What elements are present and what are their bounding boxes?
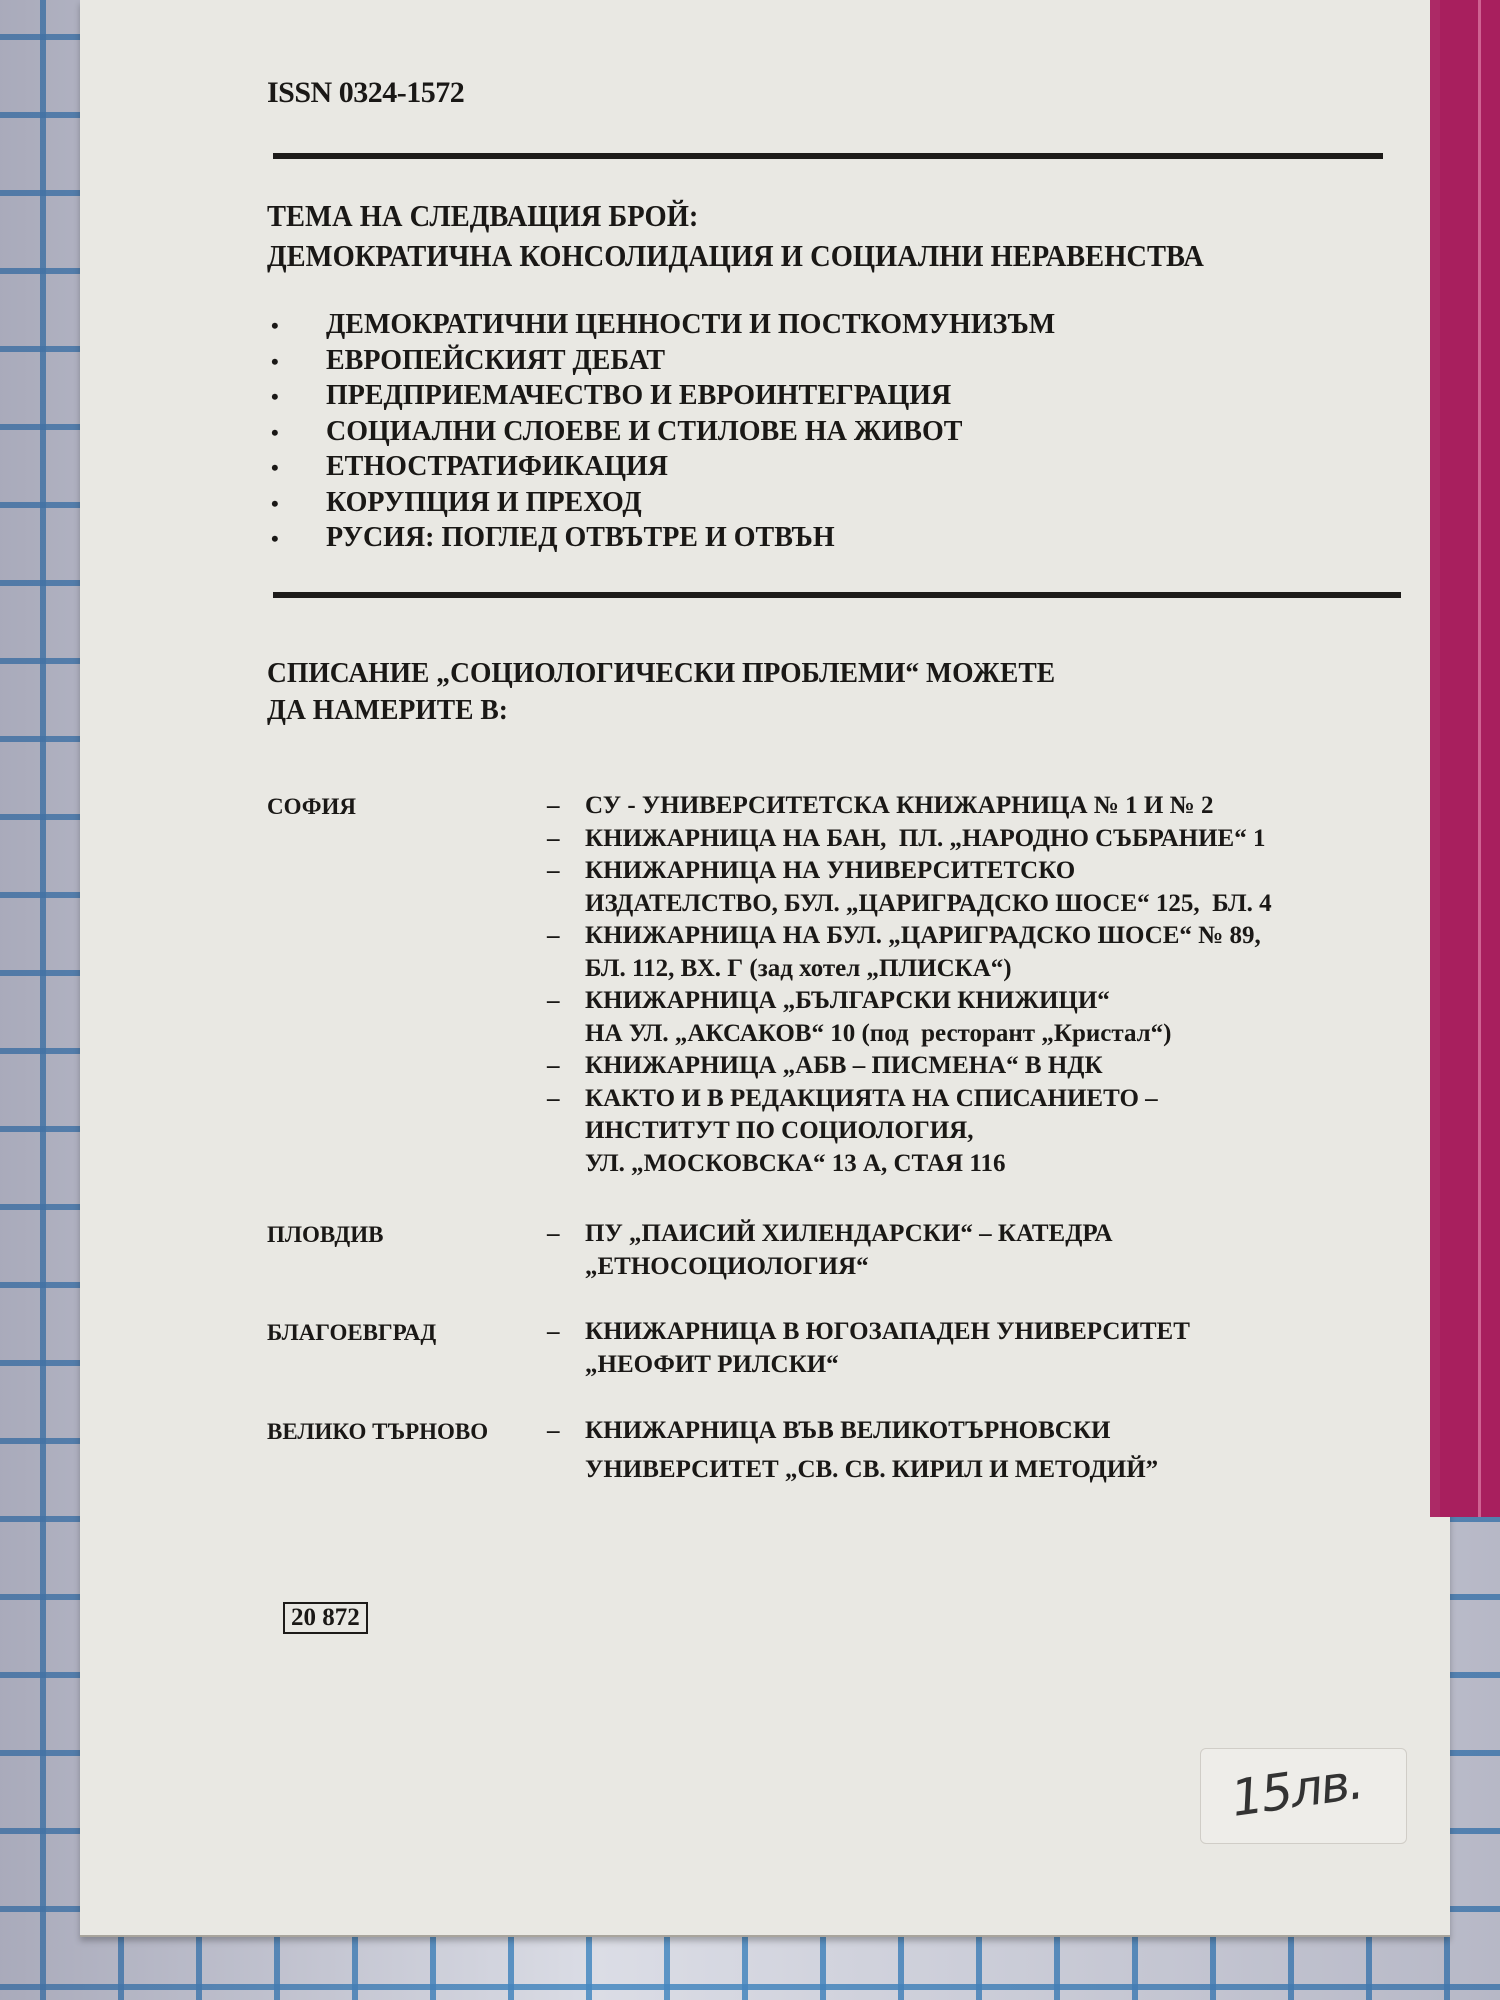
bullet-icon: • xyxy=(267,380,326,415)
topic-item: •КОРУПЦИЯ И ПРЕХОД xyxy=(267,486,1055,522)
dash-marker: – xyxy=(547,823,560,856)
location-entry: –КАКТО И В РЕДАКЦИЯТА НА СПИСАНИЕТО –ИНС… xyxy=(547,1083,1272,1181)
availability-heading: СПИСАНИЕ „СОЦИОЛОГИЧЕСКИ ПРОБЛЕМИ“ МОЖЕТ… xyxy=(267,655,1055,729)
topic-text: ДЕМОКРАТИЧНИ ЦЕННОСТИ И ПОСТКОМУНИЗЪМ xyxy=(326,309,1055,340)
city-entries: –СУ - УНИВЕРСИТЕТСКА КНИЖАРНИЦА № 1 И № … xyxy=(547,790,1272,1180)
dash-marker: – xyxy=(547,1083,560,1116)
topic-text: КОРУПЦИЯ И ПРЕХОД xyxy=(326,487,642,518)
location-entry: –КНИЖАРНИЦА НА УНИВЕРСИТЕТСКОИЗДАТЕЛСТВО… xyxy=(547,855,1272,920)
location-line: КНИЖАРНИЦА НА УНИВЕРСИТЕТСКО xyxy=(585,855,1272,888)
location-line: ПУ „ПАИСИЙ ХИЛЕНДАРСКИ“ – КАТЕДРА xyxy=(585,1218,1113,1251)
city-name: ВЕЛИКО ТЪРНОВО xyxy=(267,1419,527,1445)
location-line: БЛ. 112, ВХ. Г (зад хотел „ПЛИСКА“) xyxy=(585,953,1272,986)
location-entry: –КНИЖАРНИЦА „БЪЛГАРСКИ КНИЖИЦИ“НА УЛ. „А… xyxy=(547,985,1272,1050)
location-line: СУ - УНИВЕРСИТЕТСКА КНИЖАРНИЦА № 1 И № 2 xyxy=(585,790,1272,823)
magenta-spine-stripe xyxy=(1430,0,1500,1517)
city-entries: –КНИЖАРНИЦА ВЪВ ВЕЛИКОТЪРНОВСКИУНИВЕРСИТ… xyxy=(547,1415,1158,1486)
location-line: НА УЛ. „АКСАКОВ“ 10 (под ресторант „Крис… xyxy=(585,1018,1272,1051)
topic-text: СОЦИАЛНИ СЛОЕВЕ И СТИЛОВЕ НА ЖИВОТ xyxy=(326,416,962,447)
city-name: БЛАГОЕВГРАД xyxy=(267,1320,527,1346)
topic-list: •ДЕМОКРАТИЧНИ ЦЕННОСТИ И ПОСТКОМУНИЗЪМ•Е… xyxy=(267,308,1055,557)
topic-text: РУСИЯ: ПОГЛЕД ОТВЪТРЕ И ОТВЪН xyxy=(326,522,835,553)
location-line: УНИВЕРСИТЕТ „СВ. СВ. КИРИЛ И МЕТОДИЙ” xyxy=(585,1454,1158,1487)
next-issue-heading: ТЕМА НА СЛЕДВАЩИЯ БРОЙ: ДЕМОКРАТИЧНА КОН… xyxy=(267,196,1204,276)
dash-marker: – xyxy=(547,790,560,823)
dash-marker: – xyxy=(547,985,560,1018)
dash-marker: – xyxy=(547,1415,560,1448)
bullet-icon: • xyxy=(267,522,326,557)
location-line: КНИЖАРНИЦА „БЪЛГАРСКИ КНИЖИЦИ“ xyxy=(585,985,1272,1018)
city-name: ПЛОВДИВ xyxy=(267,1222,527,1248)
location-line: КНИЖАРНИЦА НА БАН, ПЛ. „НАРОДНО СЪБРАНИЕ… xyxy=(585,823,1272,856)
handwritten-price: 15лв. xyxy=(1228,1752,1366,1828)
topic-text: ПРЕДПРИЕМАЧЕСТВО И ЕВРОИНТЕГРАЦИЯ xyxy=(326,380,951,411)
dash-marker: – xyxy=(547,1218,560,1251)
bullet-icon: • xyxy=(267,309,326,344)
topic-item: •РУСИЯ: ПОГЛЕД ОТВЪТРЕ И ОТВЪН xyxy=(267,521,1055,557)
location-line: КНИЖАРНИЦА В ЮГОЗАПАДЕН УНИВЕРСИТЕТ xyxy=(585,1316,1190,1349)
availability-heading-line2: ДА НАМЕРИТЕ В: xyxy=(267,692,1055,729)
availability-heading-line1: СПИСАНИЕ „СОЦИОЛОГИЧЕСКИ ПРОБЛЕМИ“ МОЖЕТ… xyxy=(267,655,1055,692)
location-line: КНИЖАРНИЦА ВЪВ ВЕЛИКОТЪРНОВСКИ xyxy=(585,1415,1158,1448)
location-line: КНИЖАРНИЦА НА БУЛ. „ЦАРИГРАДСКО ШОСЕ“ № … xyxy=(585,920,1272,953)
dash-marker: – xyxy=(547,855,560,888)
topic-text: ЕТНОСТРАТИФИКАЦИЯ xyxy=(326,451,668,482)
location-line: КНИЖАРНИЦА „АБВ – ПИСМЕНА“ В НДК xyxy=(585,1050,1272,1083)
location-entry: –КНИЖАРНИЦА ВЪВ ВЕЛИКОТЪРНОВСКИУНИВЕРСИТ… xyxy=(547,1415,1158,1486)
topic-item: •ДЕМОКРАТИЧНИ ЦЕННОСТИ И ПОСТКОМУНИЗЪМ xyxy=(267,308,1055,344)
price-sticker: 15лв. xyxy=(1200,1748,1407,1844)
dash-marker: – xyxy=(547,1050,560,1083)
bullet-icon: • xyxy=(267,345,326,380)
location-line: УЛ. „МОСКОВСКА“ 13 А, СТАЯ 116 xyxy=(585,1148,1272,1181)
location-line: ИЗДАТЕЛСТВО, БУЛ. „ЦАРИГРАДСКО ШОСЕ“ 125… xyxy=(585,888,1272,921)
location-line: „ЕТНОСОЦИОЛОГИЯ“ xyxy=(585,1251,1113,1284)
city-name: СОФИЯ xyxy=(267,794,527,820)
next-issue-theme: ДЕМОКРАТИЧНА КОНСОЛИДАЦИЯ И СОЦИАЛНИ НЕР… xyxy=(267,236,1204,276)
book-back-cover: ISSN 0324-1572 ТЕМА НА СЛЕДВАЩИЯ БРОЙ: Д… xyxy=(80,0,1450,1937)
next-issue-label: ТЕМА НА СЛЕДВАЩИЯ БРОЙ: xyxy=(267,196,1204,236)
location-entry: –КНИЖАРНИЦА „АБВ – ПИСМЕНА“ В НДК xyxy=(547,1050,1272,1083)
location-line: „НЕОФИТ РИЛСКИ“ xyxy=(585,1349,1190,1382)
topic-item: •ЕВРОПЕЙСКИЯТ ДЕБАТ xyxy=(267,344,1055,380)
location-entry: –СУ - УНИВЕРСИТЕТСКА КНИЖАРНИЦА № 1 И № … xyxy=(547,790,1272,823)
dash-marker: – xyxy=(547,1316,560,1349)
location-entry: –КНИЖАРНИЦА НА БАН, ПЛ. „НАРОДНО СЪБРАНИ… xyxy=(547,823,1272,856)
bullet-icon: • xyxy=(267,416,326,451)
city-entries: –ПУ „ПАИСИЙ ХИЛЕНДАРСКИ“ – КАТЕДРА„ЕТНОС… xyxy=(547,1218,1113,1283)
bullet-icon: • xyxy=(267,487,326,522)
location-entry: –ПУ „ПАИСИЙ ХИЛЕНДАРСКИ“ – КАТЕДРА„ЕТНОС… xyxy=(547,1218,1113,1283)
location-entry: –КНИЖАРНИЦА НА БУЛ. „ЦАРИГРАДСКО ШОСЕ“ №… xyxy=(547,920,1272,985)
location-line: КАКТО И В РЕДАКЦИЯТА НА СПИСАНИЕТО – xyxy=(585,1083,1272,1116)
location-entry: –КНИЖАРНИЦА В ЮГОЗАПАДЕН УНИВЕРСИТЕТ„НЕО… xyxy=(547,1316,1190,1381)
divider-rule xyxy=(273,592,1401,598)
divider-rule xyxy=(273,153,1383,159)
topic-item: •ЕТНОСТРАТИФИКАЦИЯ xyxy=(267,450,1055,486)
bullet-icon: • xyxy=(267,451,326,486)
stock-number-box: 20 872 xyxy=(283,1602,368,1634)
city-entries: –КНИЖАРНИЦА В ЮГОЗАПАДЕН УНИВЕРСИТЕТ„НЕО… xyxy=(547,1316,1190,1381)
dash-marker: – xyxy=(547,920,560,953)
topic-item: •ПРЕДПРИЕМАЧЕСТВО И ЕВРОИНТЕГРАЦИЯ xyxy=(267,379,1055,415)
topic-item: •СОЦИАЛНИ СЛОЕВЕ И СТИЛОВЕ НА ЖИВОТ xyxy=(267,415,1055,451)
issn-number: ISSN 0324-1572 xyxy=(267,76,464,110)
location-line: ИНСТИТУТ ПО СОЦИОЛОГИЯ, xyxy=(585,1115,1272,1148)
topic-text: ЕВРОПЕЙСКИЯТ ДЕБАТ xyxy=(326,345,665,376)
